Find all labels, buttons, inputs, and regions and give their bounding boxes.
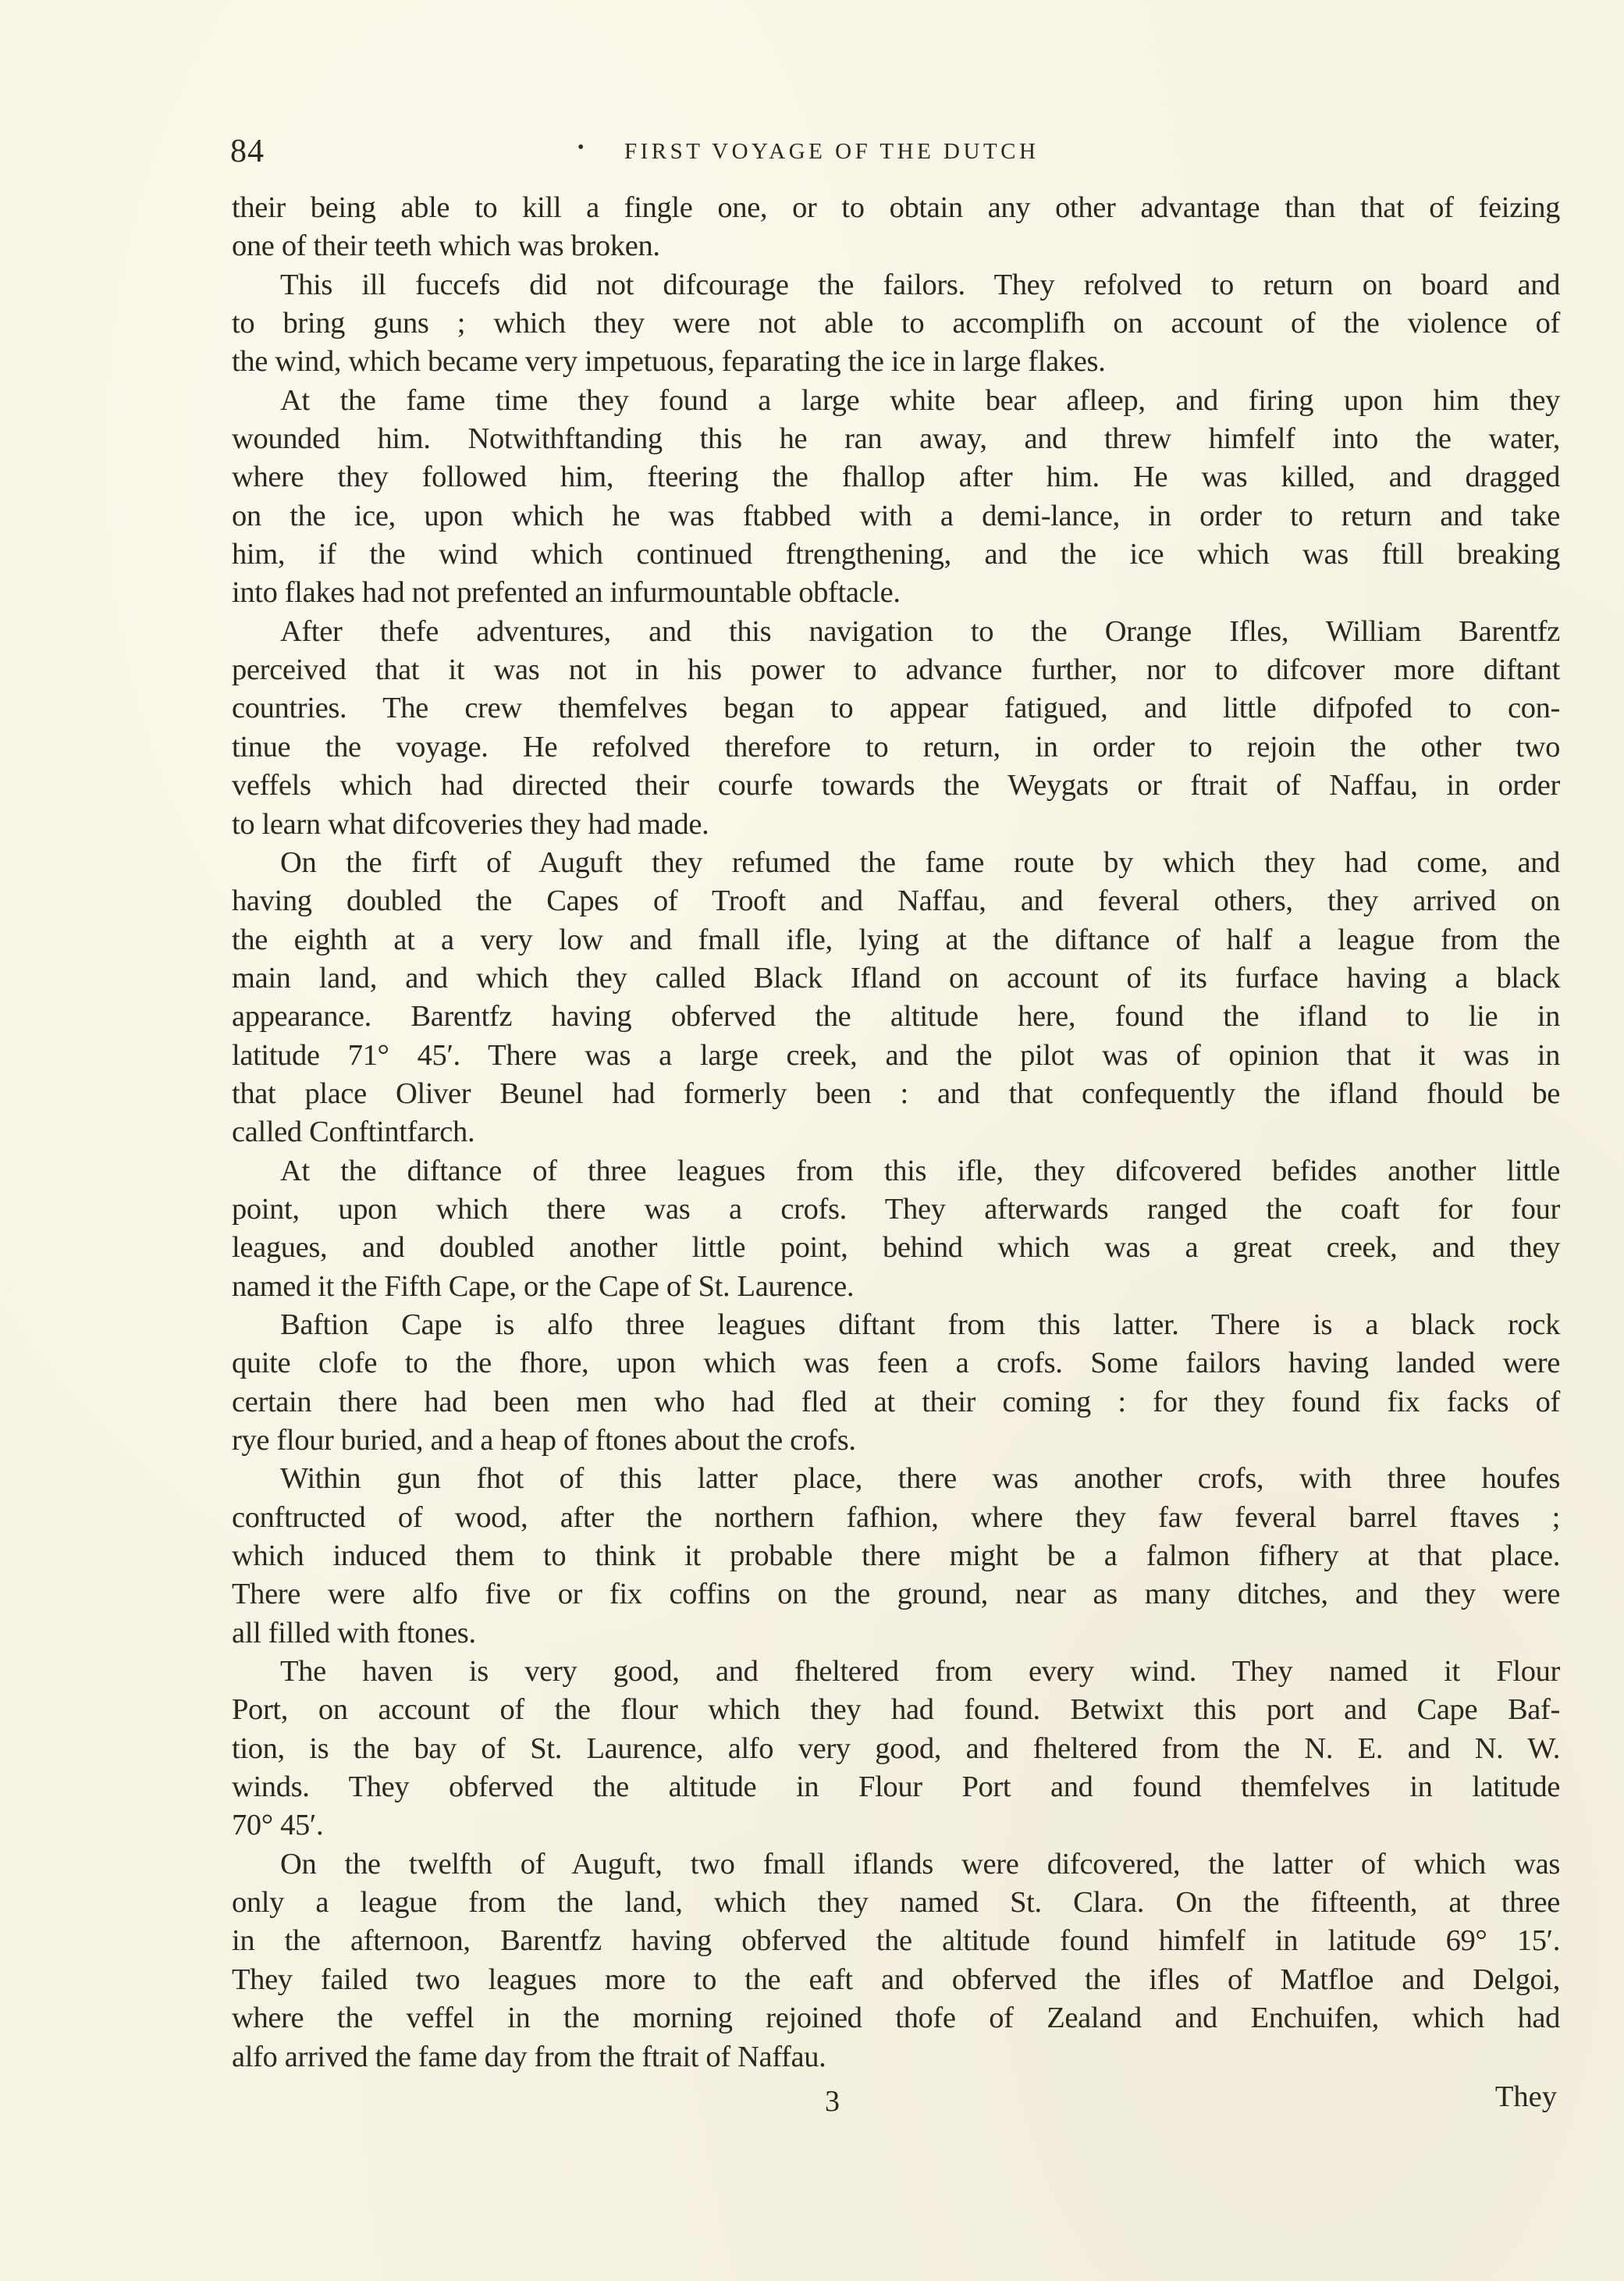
- running-title: FIRST VOYAGE OF THE DUTCH: [624, 139, 1039, 165]
- text-line: to bring guns ; which they were not able…: [232, 304, 1560, 343]
- text-line: wounded him. Notwithftanding this he ran…: [232, 420, 1560, 458]
- paragraph-first-line: Within gun fhot of this latter place, th…: [232, 1460, 1560, 1498]
- text-line: winds. They obferved the altitude in Flo…: [232, 1768, 1560, 1806]
- text-line: leagues, and doubled another little poin…: [232, 1229, 1560, 1267]
- running-head: 84 • FIRST VOYAGE OF THE DUTCH: [230, 131, 1565, 170]
- text-line: into flakes had not prefented an infurmo…: [232, 574, 1560, 612]
- text-line: appearance. Barentfz having obferved the…: [232, 998, 1560, 1036]
- paragraph-first-line: On the twelfth of Auguft, two fmall ifla…: [232, 1845, 1560, 1884]
- text-line: which induced them to think it probable …: [232, 1537, 1560, 1575]
- page-footer: 3 They: [232, 2080, 1560, 2126]
- text-line: to learn what difcoveries they had made.: [232, 806, 1560, 844]
- text-line: tinue the voyage. He refolved therefore …: [232, 728, 1560, 767]
- paragraph-first-line: On the firft of Auguft they refumed the …: [232, 844, 1560, 882]
- text-line: quite clofe to the fhore, upon which was…: [232, 1344, 1560, 1382]
- body-text: their being able to kill a fingle one, o…: [232, 189, 1560, 2076]
- text-line: 70° 45′.: [232, 1806, 1560, 1845]
- text-line: Port, on account of the flour which they…: [232, 1691, 1560, 1729]
- text-line: all filled with ftones.: [232, 1614, 1560, 1653]
- book-page: 84 • FIRST VOYAGE OF THE DUTCH their bei…: [0, 0, 1624, 2281]
- text-line: him, if the wind which continued ftrengt…: [232, 536, 1560, 574]
- text-line: having doubled the Capes of Trooft and N…: [232, 882, 1560, 920]
- text-line: point, upon which there was a crofs. The…: [232, 1190, 1560, 1229]
- text-line: conftructed of wood, after the northern …: [232, 1499, 1560, 1537]
- text-line: rye flour buried, and a heap of ftones a…: [232, 1422, 1560, 1460]
- text-line: in the afternoon, Barentfz having obferv…: [232, 1922, 1560, 1960]
- text-line: on the ice, upon which he was ftabbed wi…: [232, 497, 1560, 536]
- text-line: They failed two leagues more to the eaft…: [232, 1961, 1560, 1999]
- paragraph-first-line: At the fame time they found a large whit…: [232, 382, 1560, 420]
- paragraph-first-line: This ill fuccefs did not difcourage the …: [232, 266, 1560, 304]
- text-line: There were alfo five or fix coffins on t…: [232, 1575, 1560, 1614]
- text-line: certain there had been men who had fled …: [232, 1383, 1560, 1422]
- text-line: only a league from the land, which they …: [232, 1884, 1560, 1922]
- paragraph-first-line: The haven is very good, and fheltered fr…: [232, 1653, 1560, 1691]
- catchword: They: [1495, 2080, 1557, 2114]
- paragraph-first-line: Baftion Cape is alfo three leagues difta…: [232, 1306, 1560, 1344]
- text-line: latitude 71° 45′. There was a large cree…: [232, 1037, 1560, 1075]
- text-line: alfo arrived the fame day from the ftrai…: [232, 2038, 1560, 2076]
- signature-mark: 3: [825, 2084, 840, 2119]
- paragraph-first-line: After thefe adventures, and this navigat…: [232, 613, 1560, 651]
- header-bullet-ornament: •: [577, 137, 584, 158]
- text-line: that place Oliver Beunel had formerly be…: [232, 1075, 1560, 1113]
- paragraph-first-line: At the diftance of three leagues from th…: [232, 1152, 1560, 1190]
- text-line: one of their teeth which was broken.: [232, 227, 1560, 265]
- text-line: veffels which had directed their courfe …: [232, 767, 1560, 805]
- text-line: the wind, which became very impetuous, f…: [232, 343, 1560, 381]
- text-line: countries. The crew themfelves began to …: [232, 689, 1560, 728]
- text-line: tion, is the bay of St. Laurence, alfo v…: [232, 1730, 1560, 1768]
- text-line: named it the Fifth Cape, or the Cape of …: [232, 1268, 1560, 1306]
- text-line: the eighth at a very low and fmall ifle,…: [232, 921, 1560, 959]
- text-line: perceived that it was not in his power t…: [232, 651, 1560, 689]
- text-line: main land, and which they called Black I…: [232, 959, 1560, 998]
- text-line: called Conftintfarch.: [232, 1113, 1560, 1151]
- text-line: where the veffel in the morning rejoined…: [232, 1999, 1560, 2037]
- page-number: 84: [230, 133, 265, 170]
- text-line: where they followed him, fteering the fh…: [232, 458, 1560, 496]
- text-line: their being able to kill a fingle one, o…: [232, 189, 1560, 227]
